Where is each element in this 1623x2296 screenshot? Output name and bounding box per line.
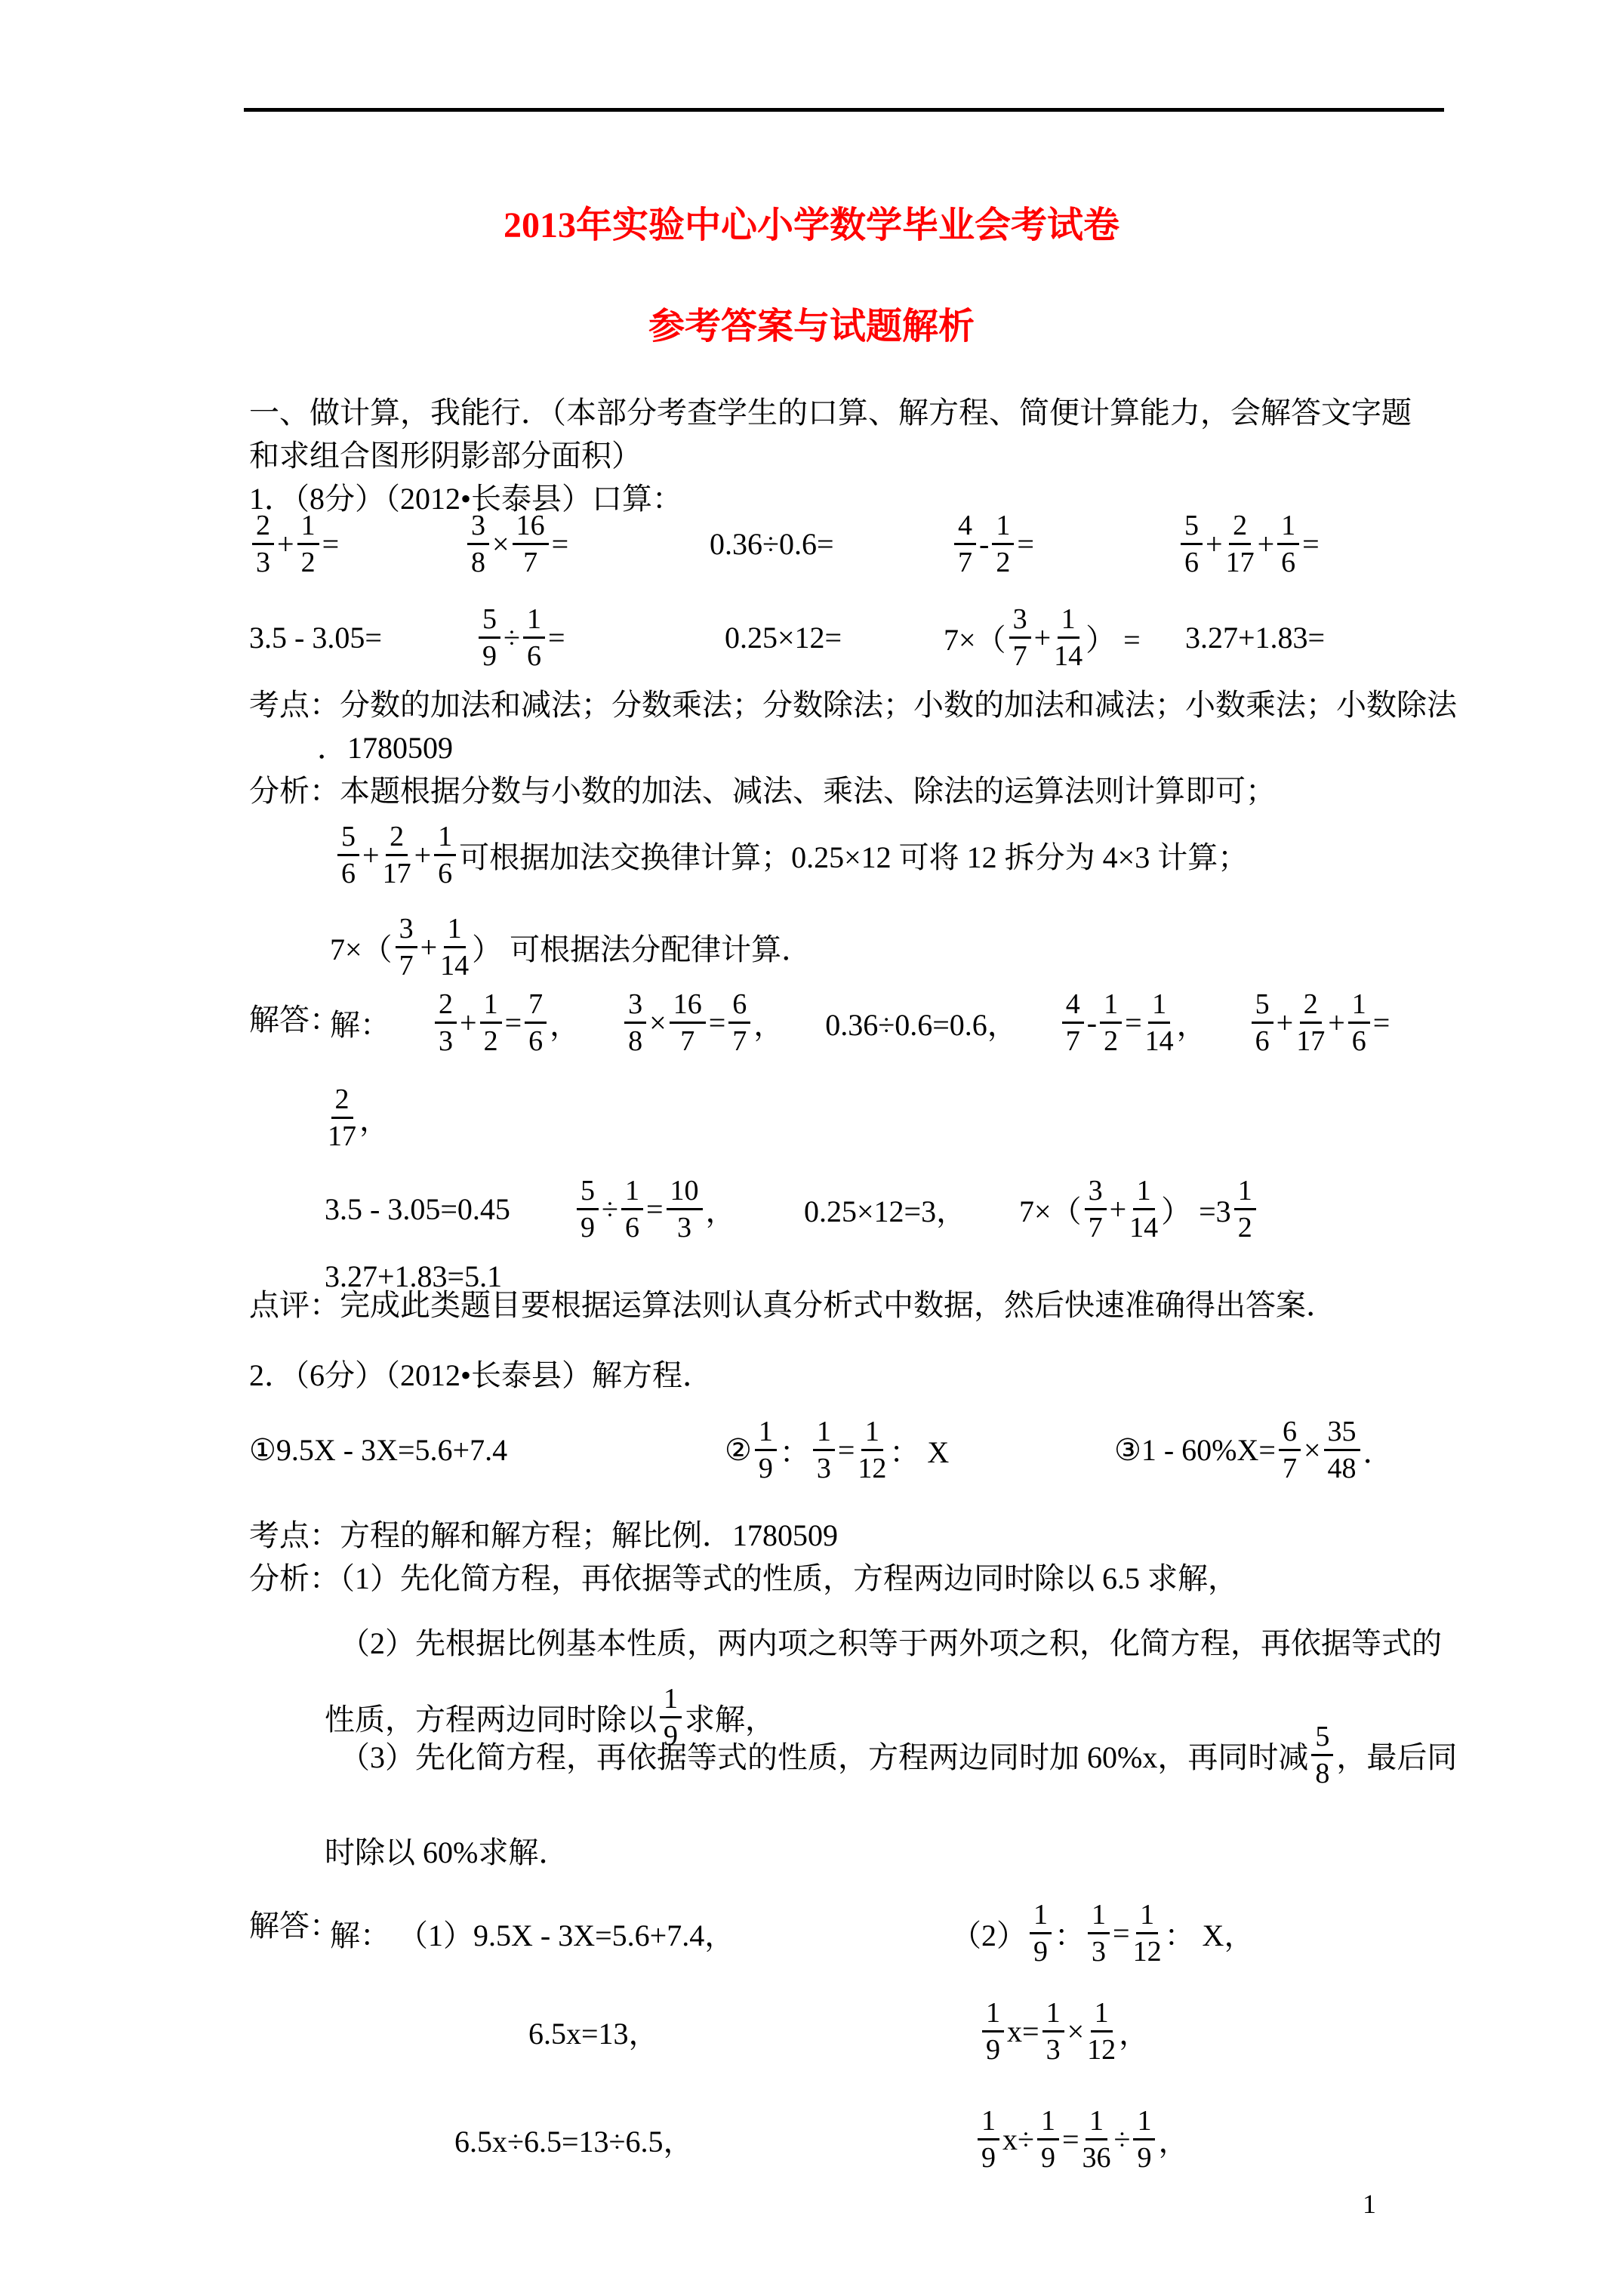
math-expression: 47 - 12=	[951, 511, 1178, 577]
fraction: 114	[440, 914, 469, 980]
math-expression: 3.5 - 3.05=0.45	[325, 1191, 574, 1227]
section1-heading-line2: 和求组合图形阴影部分面积）	[249, 434, 642, 477]
fraction: 136	[1083, 2106, 1111, 2172]
fraction: 38	[467, 511, 489, 577]
q1-answer-row3: 3.5 - 3.05=0.45 59÷16=103， 0.25×12=3， 7×…	[325, 1166, 1259, 1251]
q1-answer-row2: 217，	[325, 1075, 390, 1160]
fraction: 13	[813, 1417, 835, 1483]
math-expression: 0.36÷0.6=0.6，	[825, 1001, 1018, 1044]
q2-fenxi-line5: 时除以 60%求解．	[325, 1831, 568, 1874]
fraction: 16	[523, 605, 545, 670]
fraction: 167	[670, 990, 706, 1056]
math-expression: 38×167=67，	[621, 990, 784, 1056]
q2-label: 2．（6分）（2012•长泰县）解方程．	[249, 1354, 713, 1397]
fraction: 217	[383, 822, 411, 888]
fraction: 59	[479, 605, 500, 670]
fraction: 37	[1009, 605, 1031, 670]
q2-equations-row: ①9.5X - 3X=5.6+7.4 ②19：13=112： X ③1 - 60…	[249, 1401, 1394, 1499]
kaodian-text: 分数的加法和减法；分数乘法；分数除法；小数的加法和减法；小数乘法；小数除法	[340, 688, 1457, 722]
q1-oral-row2: 3.5 - 3.05= 59÷16= 0.25×12= 7×（37+114） =…	[249, 595, 1325, 680]
fraction: 13	[1088, 1900, 1110, 1966]
fraction: 67	[1279, 1417, 1301, 1483]
fraction: 217	[1226, 511, 1255, 577]
math-expression: 0.25×12=	[725, 620, 944, 655]
math-expression: 59÷16=	[476, 605, 725, 670]
fraction: 13	[1042, 1999, 1064, 2064]
math-expression: （1）9.5X - 3X=5.6+7.4，	[398, 1912, 735, 1955]
fraction: 167	[513, 511, 549, 577]
math-expression: 3.5 - 3.05=	[249, 620, 476, 655]
fraction: 114	[1129, 1176, 1158, 1242]
fraction: 58	[1311, 1722, 1333, 1788]
q2-fenxi-line4: （3）先化简方程，再依据等式的性质，方程两边同时加 60%x，再同时减58，最后…	[340, 1712, 1457, 1797]
math-expression: 47 - 12=114，	[1059, 990, 1207, 1056]
fraction: 19	[755, 1417, 777, 1483]
fenxi-label: 分析：	[249, 774, 340, 808]
fraction: 114	[1145, 990, 1174, 1056]
fraction: 16	[434, 822, 456, 888]
fraction: 16	[1348, 990, 1370, 1056]
fraction: 114	[1054, 605, 1083, 670]
math-expression: 59÷16=103，	[574, 1176, 804, 1242]
q1-jieda-label: 解答：	[249, 998, 340, 1041]
fraction: 103	[667, 1176, 703, 1242]
fraction: 37	[1085, 1176, 1107, 1242]
math-expression: 56+217+16=	[1249, 990, 1390, 1056]
fraction: 112	[1087, 1999, 1116, 2064]
page-number: 1	[1363, 2188, 1376, 2220]
doc-title: 2013年实验中心小学数学毕业会考试卷	[0, 202, 1623, 249]
math-expression: 23+12=76，	[432, 990, 580, 1056]
q1-answer-row1: 解： 23+12=76， 38×167=67， 0.36÷0.6=0.6， 47…	[330, 980, 1390, 1065]
math-expression: 3.27+1.83=	[1185, 620, 1325, 655]
fraction: 56	[1252, 990, 1273, 1056]
math-expression: 7×（37+114） 可根据法分配律计算．	[330, 914, 811, 980]
fraction: 56	[337, 822, 359, 888]
q2-answer-row2-right: 19x=13×112，	[979, 1982, 1149, 2080]
q2-answer-row1-right: （2）19：13=112： X，	[951, 1884, 1254, 1982]
document-page: 2013年实验中心小学数学毕业会考试卷 参考答案与试题解析 一、做计算，我能行．…	[0, 0, 1623, 2296]
fraction: 38	[624, 990, 646, 1056]
q1-fenxi-line3: 7×（37+114） 可根据法分配律计算．	[330, 905, 811, 989]
fenxi-label: 分析：	[249, 1561, 340, 1595]
math-expression: 38×167=	[464, 511, 710, 577]
fraction: 47	[1062, 990, 1084, 1056]
dianping-label: 点评：	[249, 1288, 340, 1322]
fraction: 67	[728, 990, 750, 1056]
header-rule	[244, 108, 1444, 112]
fraction: 23	[252, 511, 274, 577]
math-expression: 19x=13×112，	[979, 1999, 1149, 2064]
fraction: 12	[1234, 1176, 1256, 1242]
math-expression: 23+12=	[249, 511, 464, 577]
q1-oral-row1: 23+12= 38×167= 0.36÷0.6= 47 - 12= 56+217…	[249, 501, 1320, 586]
fraction: 16	[621, 1176, 643, 1242]
fraction: 112	[1133, 1900, 1162, 1966]
kaodian-label: 考点：	[249, 688, 340, 722]
math-expression: 217，	[325, 1085, 390, 1151]
kaodian-text: 方程的解和解方程；解比例．1780509	[340, 1518, 838, 1552]
q2-fenxi-line1: 分析：（1）先化简方程，再依据等式的性质，方程两边同时除以 6.5 求解，	[249, 1557, 1238, 1600]
math-expression: 6.5x=13，	[528, 2010, 659, 2053]
q1-kaodian-line1: 考点：分数的加法和减法；分数乘法；分数除法；小数的加法和减法；小数乘法；小数除法	[249, 683, 1457, 726]
kaodian-label: 考点：	[249, 1518, 340, 1552]
fraction: 59	[577, 1176, 599, 1242]
fraction: 23	[435, 990, 457, 1056]
math-expression: 56+217+16可根据加法交换律计算；0.25×12 可将 12 拆分为 4×…	[334, 822, 1248, 888]
fenxi-text: 本题根据分数与小数的加法、减法、乘法、除法的运算法则计算即可；	[340, 774, 1276, 808]
math-expression: （3）先化简方程，再依据等式的性质，方程两边同时加 60%x，再同时减58，最后…	[340, 1722, 1457, 1788]
q2-answer-row2-left: 6.5x=13，	[528, 1982, 659, 2080]
fraction: 19	[978, 2106, 999, 2172]
fraction: 19	[1030, 1900, 1052, 1966]
q2-answer-row1-left: 解： （1）9.5X - 3X=5.6+7.4，	[330, 1884, 735, 1982]
fenxi-text: （1）先化简方程，再依据等式的性质，方程两边同时除以 6.5 求解，	[340, 1561, 1238, 1595]
fraction: 47	[954, 511, 976, 577]
q1-fenxi-line1: 分析：本题根据分数与小数的加法、减法、乘法、除法的运算法则计算即可；	[249, 769, 1276, 812]
fraction: 56	[1181, 511, 1203, 577]
dianping-text: 完成此类题目要根据运算法则认真分析式中数据，然后快速准确得出答案．	[340, 1288, 1336, 1322]
math-expression: 0.36÷0.6=	[710, 526, 951, 562]
math-equation: ②19：13=112： X	[725, 1417, 1114, 1483]
math-expression: 0.25×12=3，	[804, 1188, 1019, 1231]
fraction: 76	[525, 990, 547, 1056]
fraction: 37	[396, 914, 417, 980]
math-expression: 7×（37+114） =312	[1019, 1176, 1259, 1242]
math-expression: 7×（37+114） =	[944, 605, 1185, 670]
fraction: 3548	[1324, 1417, 1360, 1483]
q1-dianping: 点评：完成此类题目要根据运算法则认真分析式中数据，然后快速准确得出答案．	[249, 1284, 1336, 1327]
fraction: 19	[1037, 2106, 1059, 2172]
doc-subtitle: 参考答案与试题解析	[0, 304, 1623, 350]
math-expression: 56+217+16=	[1178, 511, 1320, 577]
q2-kaodian: 考点：方程的解和解方程；解比例．1780509	[249, 1514, 838, 1557]
fraction: 217	[1296, 990, 1325, 1056]
q2-jieda-label: 解答：	[249, 1904, 340, 1947]
q2-answer-row3-left: 6.5x÷6.5=13÷6.5，	[454, 2090, 693, 2188]
math-expression: （2）19：13=112： X，	[951, 1900, 1254, 1966]
math-expression: 19x÷19=136÷19，	[975, 2106, 1188, 2172]
jie-prefix: 解：	[330, 1001, 390, 1044]
math-expression: 6.5x÷6.5=13÷6.5，	[454, 2118, 693, 2161]
math-equation: ③1 - 60%X=67×3548．	[1114, 1417, 1394, 1483]
fraction: 12	[297, 511, 319, 577]
math-equation: ①9.5X - 3X=5.6+7.4	[249, 1432, 725, 1468]
q2-answer-row3-right: 19x÷19=136÷19，	[975, 2090, 1188, 2188]
q1-fenxi-line2: 56+217+16可根据加法交换律计算；0.25×12 可将 12 拆分为 4×…	[334, 812, 1248, 897]
fraction: 19	[982, 1999, 1004, 2064]
section1-heading-line1: 一、做计算，我能行．（本部分考查学生的口算、解方程、简便计算能力，会解答文字题	[249, 391, 1412, 434]
q1-kaodian-line2: ．1780509	[317, 726, 453, 769]
jie-prefix: 解：	[330, 1912, 390, 1955]
fraction: 12	[992, 511, 1014, 577]
q2-fenxi-line2: （2）先根据比例基本性质，两内项之积等于两外项之积，化简方程，再依据等式的	[340, 1622, 1442, 1665]
fraction: 12	[480, 990, 502, 1056]
fraction: 217	[328, 1085, 356, 1151]
fraction: 19	[1133, 2106, 1155, 2172]
fraction: 16	[1277, 511, 1299, 577]
fraction: 12	[1100, 990, 1122, 1056]
fraction: 112	[858, 1417, 886, 1483]
